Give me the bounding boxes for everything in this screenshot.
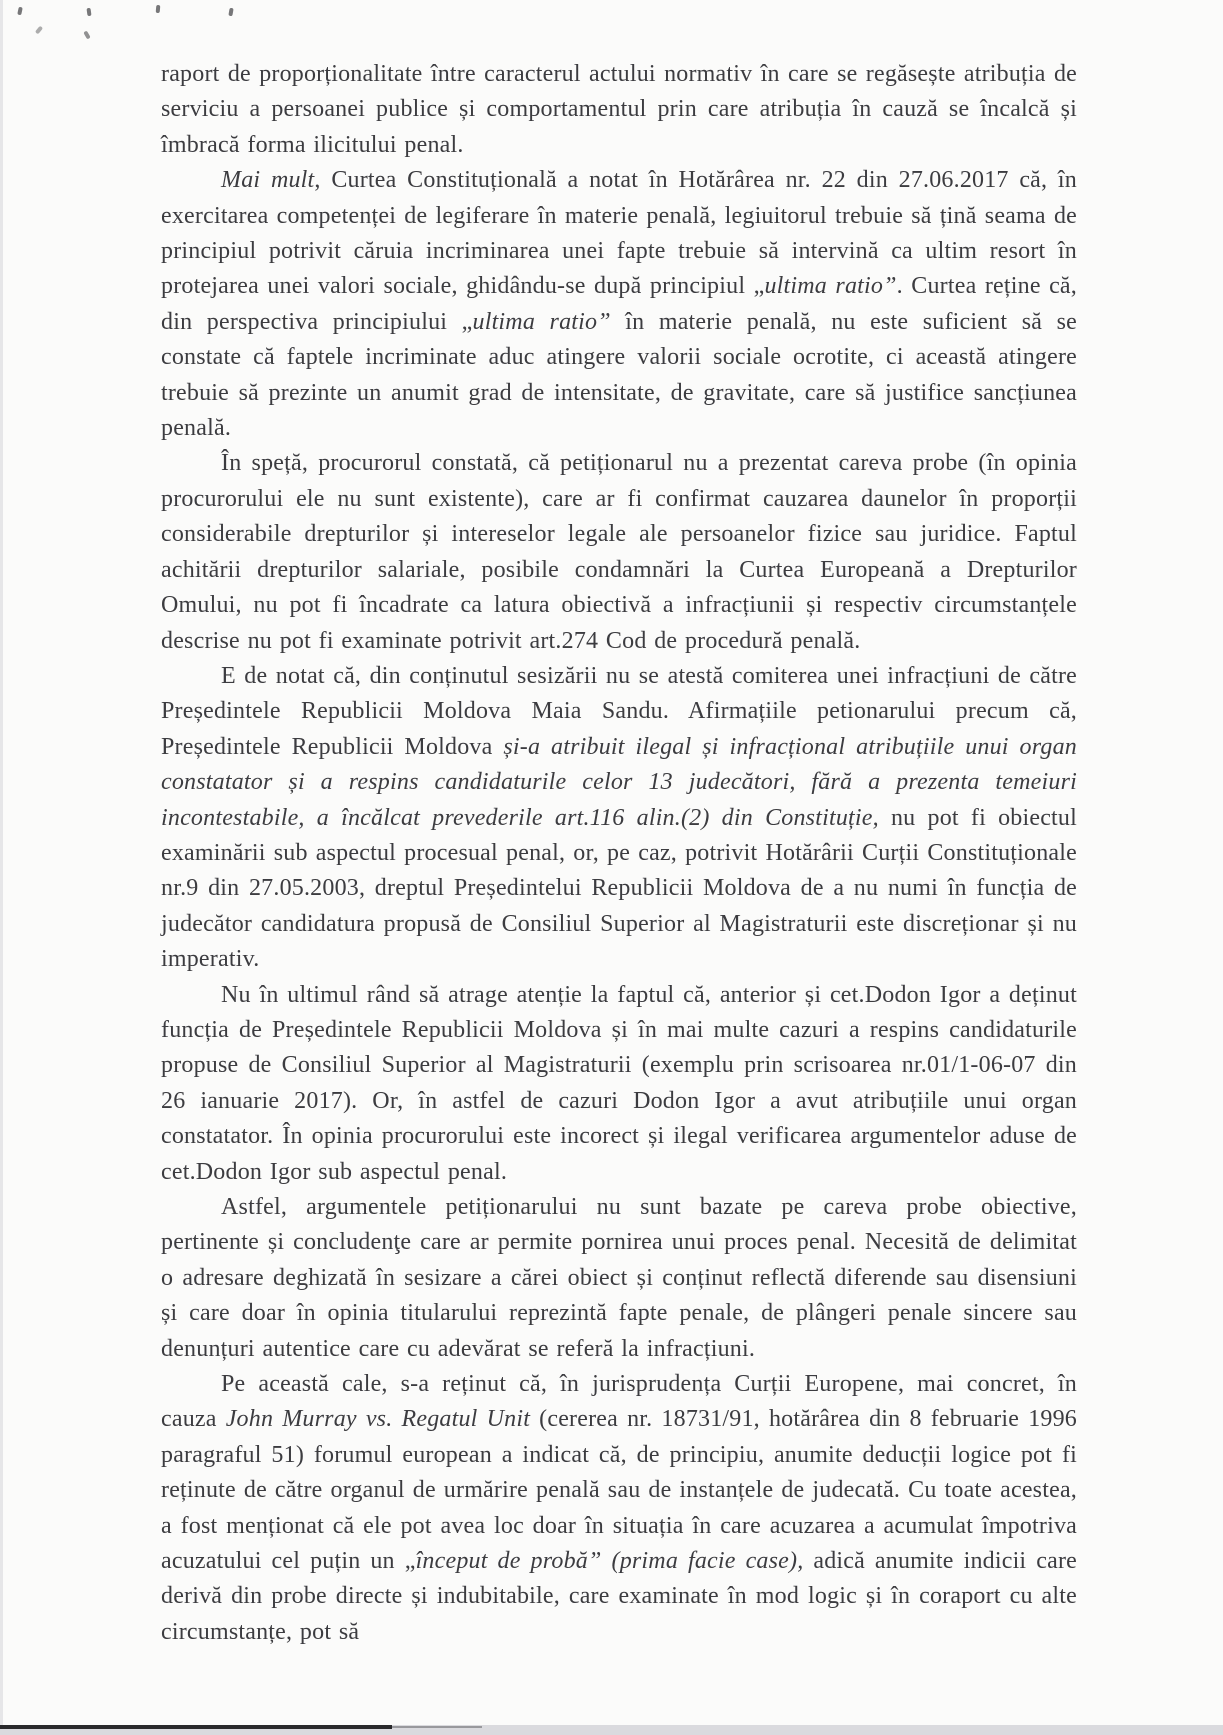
ink-speck — [156, 5, 161, 13]
paragraph-2: Mai mult, Curtea Constituțională a notat… — [161, 163, 1077, 446]
paragraph-3: În speță, procurorul constată, că petiți… — [161, 446, 1077, 658]
ink-speck — [35, 26, 43, 35]
ink-speck — [17, 7, 23, 16]
paragraph-6: Astfel, argumentele petiționarului nu su… — [161, 1190, 1077, 1367]
text-segment: În speță, procurorul constată, că petiți… — [161, 450, 1077, 653]
ink-speck — [83, 31, 90, 40]
italic-text-segment: (prima facie case), — [612, 1548, 804, 1574]
paragraph-5: Nu în ultimul rând să atrage atenție la … — [161, 978, 1077, 1190]
text-segment: Astfel, argumentele petiționarului nu su… — [161, 1194, 1077, 1362]
paragraph-4: E de notat că, din conținutul sesizării … — [161, 659, 1077, 978]
scanned-document-page: raport de proporționalitate între caract… — [0, 0, 1223, 1735]
paragraph-7: Pe această cale, s-a reținut că, în juri… — [161, 1367, 1077, 1650]
scan-bottom-bar — [0, 1725, 1223, 1735]
ink-speck — [86, 8, 91, 16]
ink-speck — [228, 8, 233, 17]
italic-text-segment: început de probă” — [416, 1548, 602, 1574]
text-segment: raport de proporționalitate între caract… — [161, 61, 1077, 158]
scan-left-edge-shadow — [0, 0, 3, 1735]
italic-text-segment: ultima ratio” — [764, 273, 896, 299]
text-segment: Nu în ultimul rând să atrage atenție la … — [161, 982, 1077, 1185]
scan-bottom-line — [0, 1725, 392, 1729]
paragraph-1: raport de proporționalitate între caract… — [161, 57, 1077, 163]
italic-text-segment: Mai mult — [221, 167, 314, 193]
italic-text-segment: ultima ratio” — [473, 309, 611, 335]
scan-bottom-line-faint — [392, 1726, 482, 1728]
document-body: raport de proporționalitate între caract… — [161, 57, 1077, 1650]
text-segment — [602, 1548, 612, 1574]
italic-text-segment: John Murray vs. Regatul Unit — [226, 1406, 530, 1432]
